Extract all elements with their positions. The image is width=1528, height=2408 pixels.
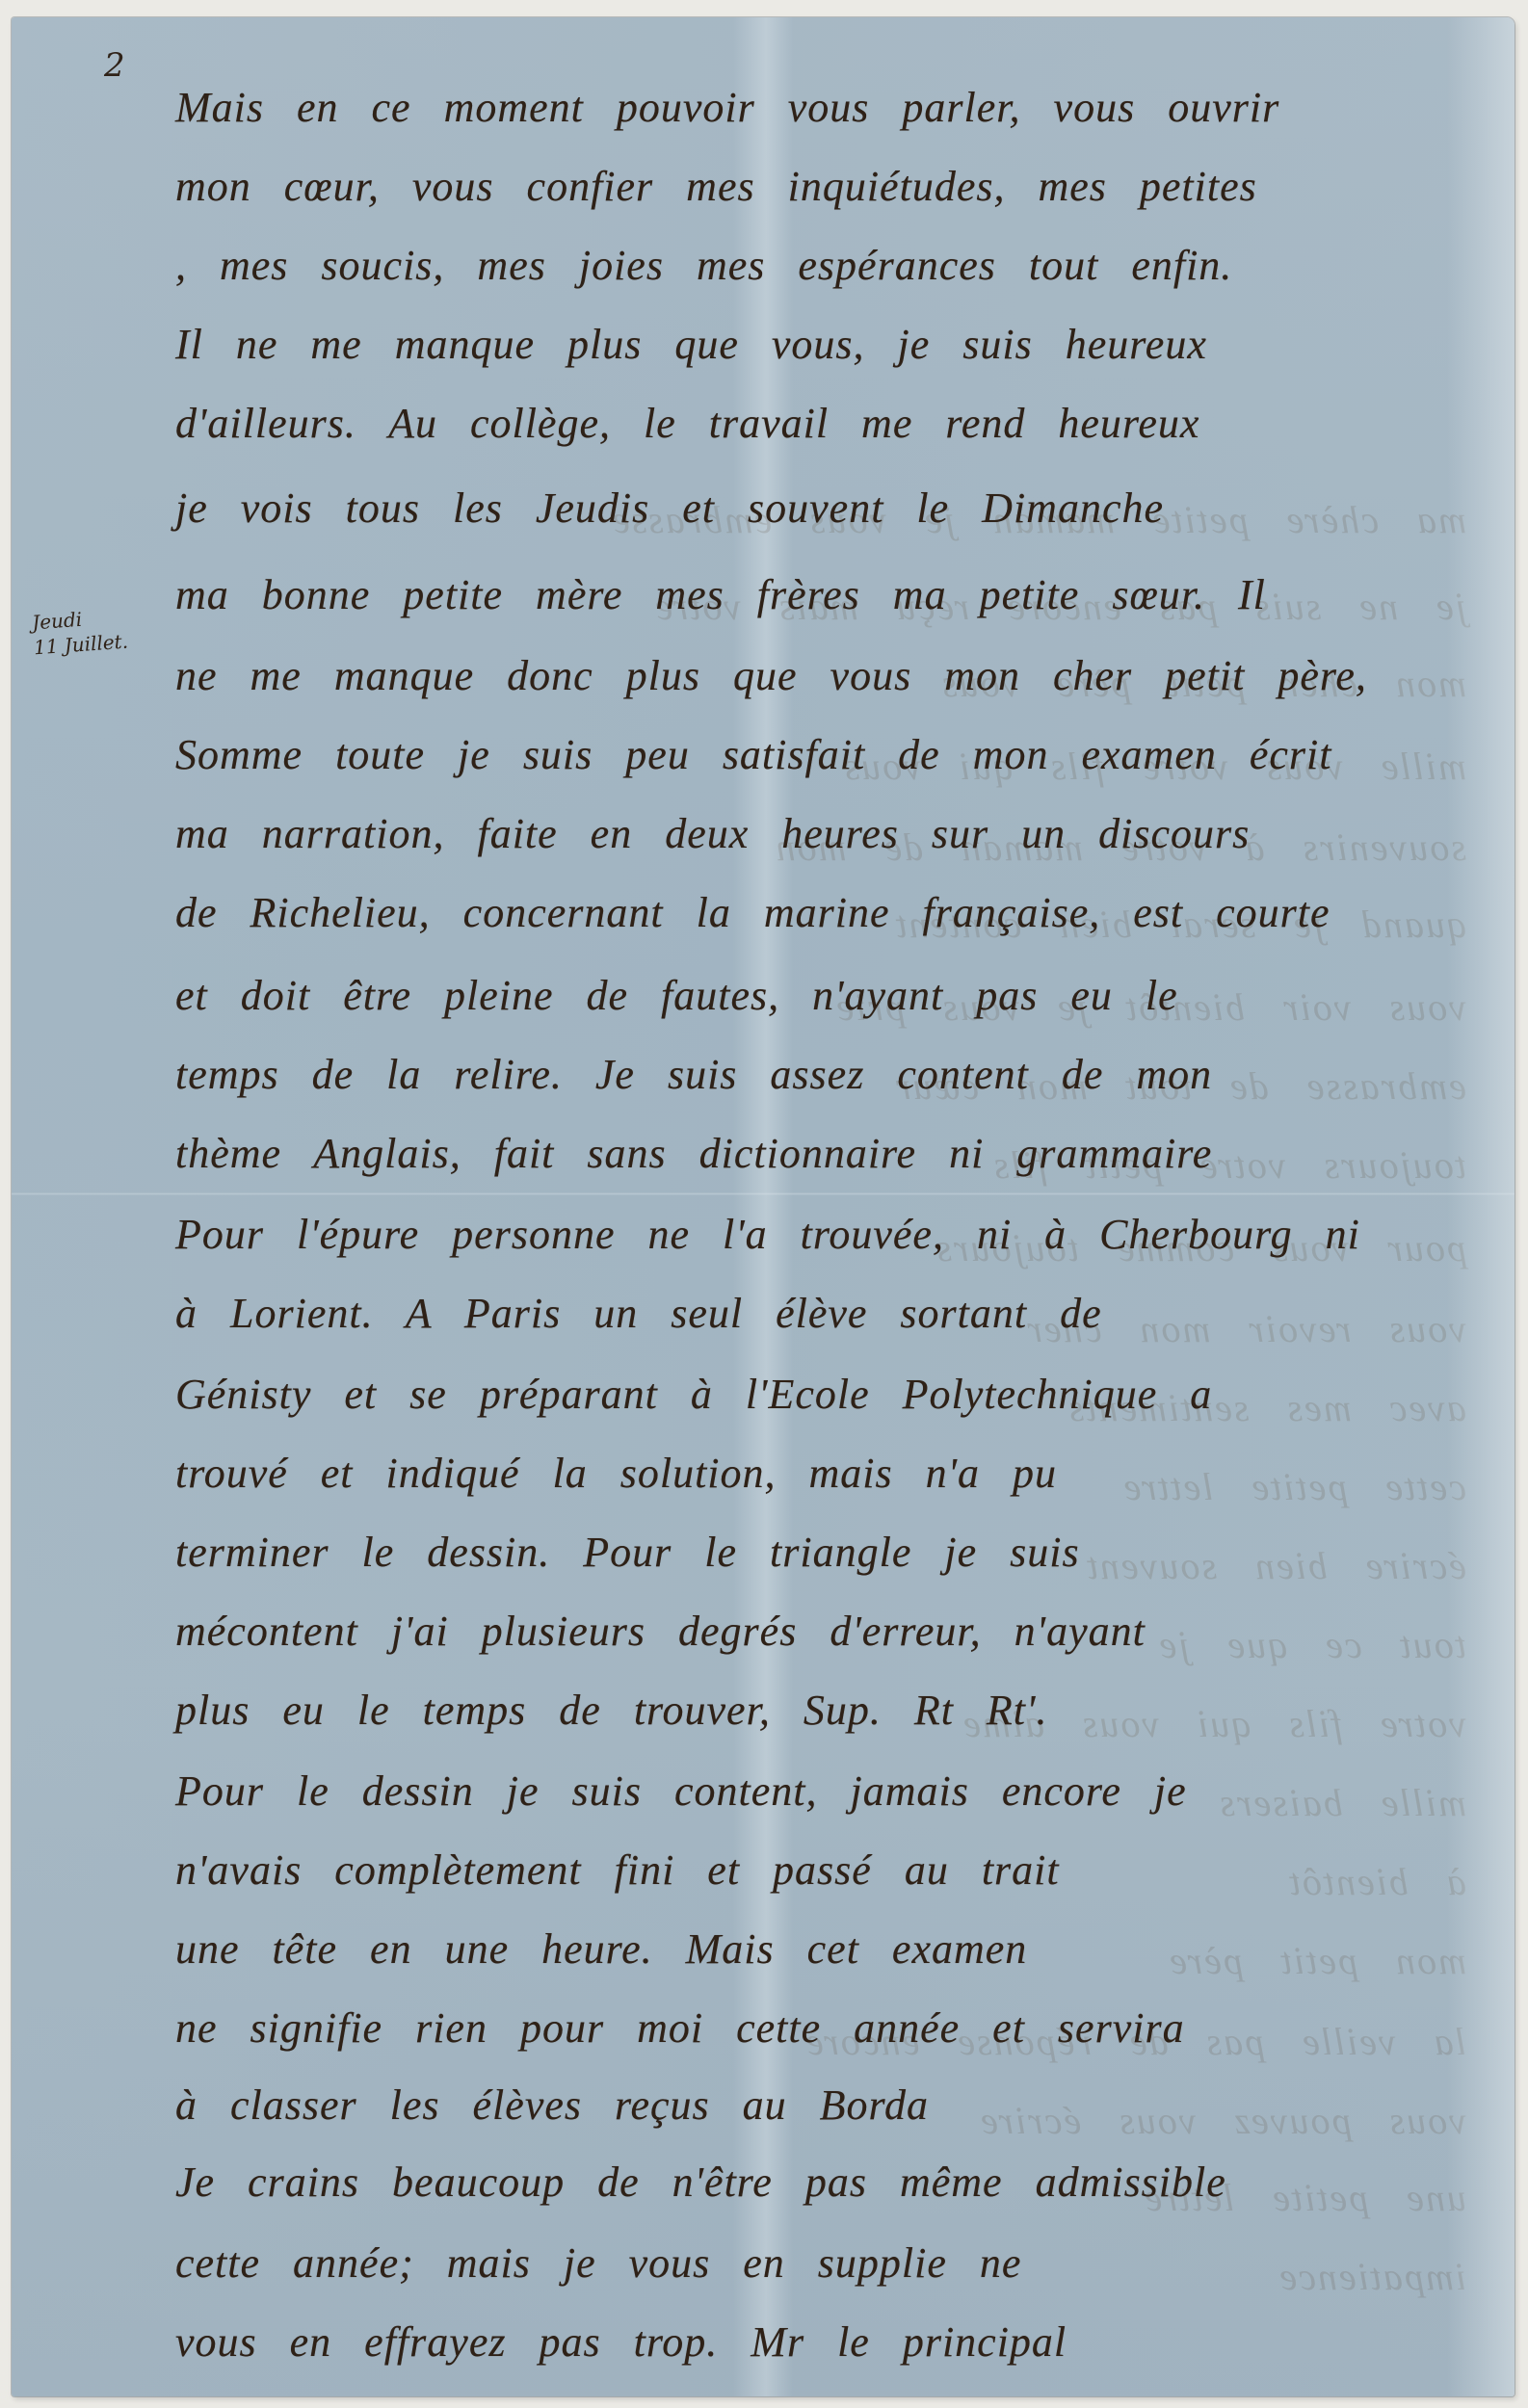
margin-date-note: Jeudi 11 Juillet. (31, 604, 129, 661)
handwritten-line: ne me manque donc plus que vous mon cher… (175, 651, 1505, 700)
handwritten-line: thème Anglais, fait sans dictionnaire ni… (175, 1129, 1505, 1178)
handwritten-line: , mes soucis, mes joies mes espérances t… (175, 241, 1505, 290)
handwritten-line: trouvé et indiqué la solution, mais n'a … (175, 1449, 1505, 1498)
handwritten-line: je vois tous les Jeudis et souvent le Di… (175, 484, 1505, 533)
handwritten-line: mécontent j'ai plusieurs degrés d'erreur… (175, 1607, 1505, 1656)
handwritten-line: Génisty et se préparant à l'Ecole Polyte… (175, 1370, 1505, 1419)
handwritten-line: à Lorient. A Paris un seul élève sortant… (175, 1289, 1505, 1338)
handwritten-line: Somme toute je suis peu satisfait de mon… (175, 730, 1505, 779)
handwritten-line: Je crains beaucoup de n'être pas même ad… (175, 2158, 1505, 2207)
margin-note-date: 11 Juillet. (33, 629, 129, 661)
handwritten-line: vous en effrayez pas trop. Mr le princip… (175, 2317, 1505, 2367)
page-number: 2 (104, 46, 125, 85)
handwritten-line: Pour le dessin je suis content, jamais e… (175, 1767, 1505, 1816)
handwritten-line: cette année; mais je vous en supplie ne (175, 2238, 1505, 2288)
handwritten-line: Il ne me manque plus que vous, je suis h… (175, 320, 1505, 369)
handwritten-line: ma narration, faite en deux heures sur u… (175, 809, 1505, 858)
handwritten-line: terminer le dessin. Pour le triangle je … (175, 1528, 1505, 1577)
handwritten-line: et doit être pleine de fautes, n'ayant p… (175, 971, 1505, 1020)
handwritten-line: n'avais complètement fini et passé au tr… (175, 1845, 1505, 1895)
handwritten-line: ne signifie rien pour moi cette année et… (175, 2003, 1505, 2053)
handwritten-line: plus eu le temps de trouver, Sup. Rt Rt'… (175, 1686, 1505, 1735)
handwritten-line: d'ailleurs. Au collège, le travail me re… (175, 399, 1505, 448)
handwritten-line: une tête en une heure. Mais cet examen (175, 1924, 1505, 1974)
handwritten-line: mon cœur, vous confier mes inquiétudes, … (175, 162, 1505, 211)
handwritten-line: Pour l'épure personne ne l'a trouvée, ni… (175, 1210, 1505, 1259)
handwritten-line: à classer les élèves reçus au Borda (175, 2081, 1505, 2130)
handwritten-line: Mais en ce moment pouvoir vous parler, v… (175, 83, 1505, 132)
fold-crease (12, 1192, 1515, 1195)
handwritten-line: ma bonne petite mère mes frères ma petit… (175, 570, 1505, 619)
handwritten-line: de Richelieu, concernant la marine franç… (175, 888, 1505, 937)
letter-sheet: ma chère petite maman je vous embrasseje… (12, 17, 1515, 2396)
handwritten-line: temps de la relire. Je suis assez conten… (175, 1050, 1505, 1099)
